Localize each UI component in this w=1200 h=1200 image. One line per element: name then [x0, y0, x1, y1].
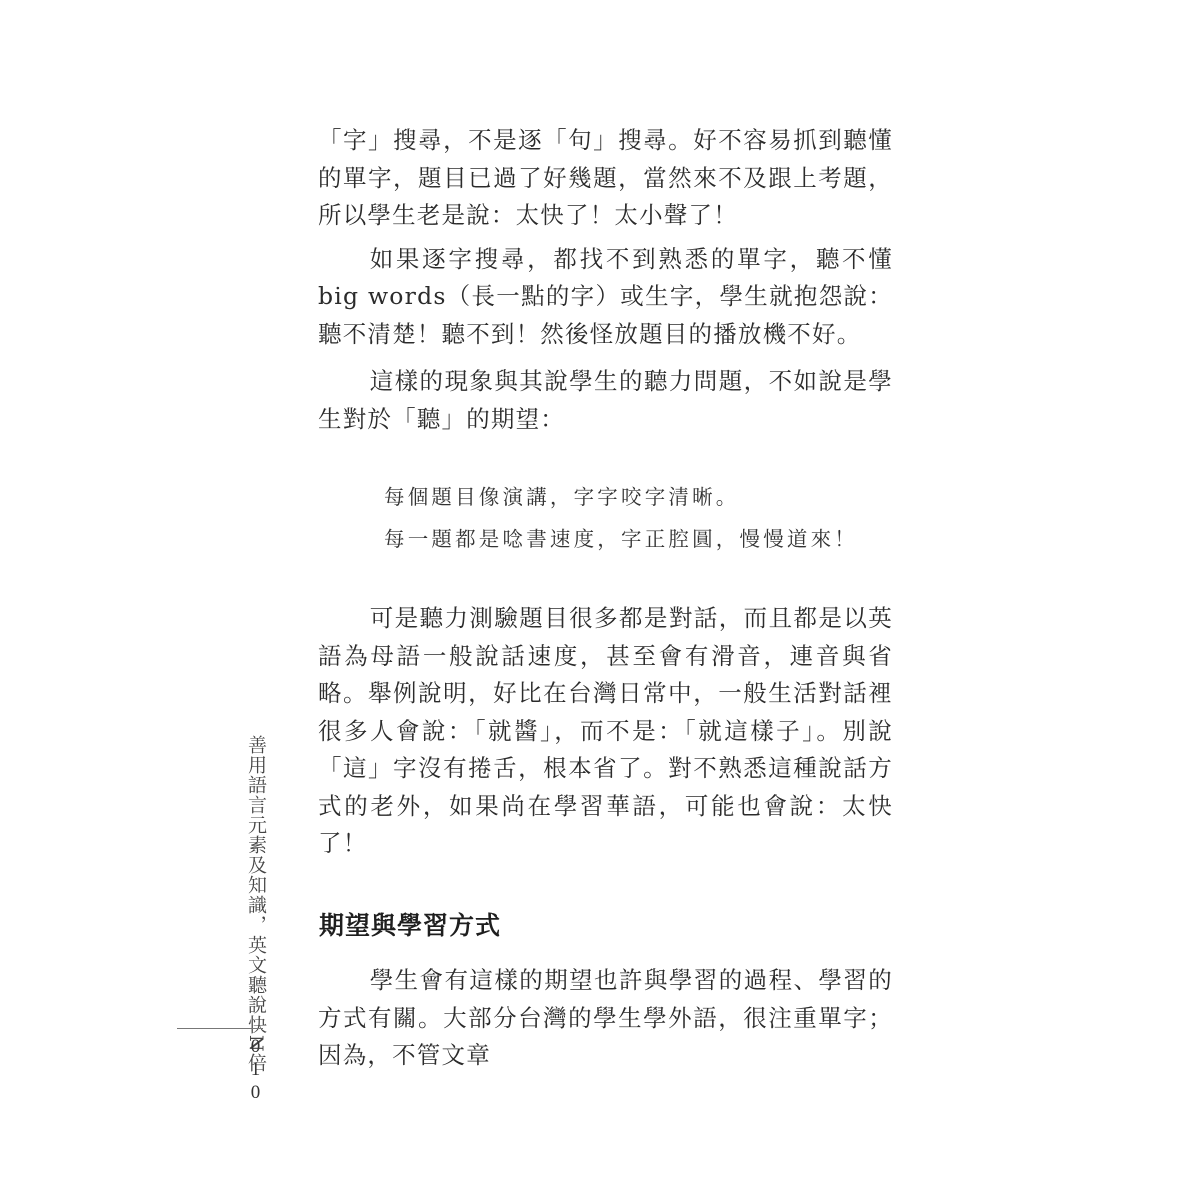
- body-text-middle: 可是聽力測驗題目很多都是對話，而且都是以英語為母語一般說話速度，甚至會有滑音，連…: [318, 600, 893, 863]
- running-head: 善用語言元素及知識，英文聽說快N倍: [243, 735, 267, 1073]
- section-heading: 期望與學習方式: [319, 906, 501, 942]
- body-text-top: 「字」搜尋，不是逐「句」搜尋。好不容易抓到聽懂的單字，題目已過了好幾題，當然來不…: [318, 122, 893, 438]
- running-head-divider: [177, 1028, 263, 1029]
- paragraph: 這樣的現象與其說學生的聽力問題，不如說是學生對於「聽」的期望：: [318, 363, 893, 438]
- paragraph-continued: 「字」搜尋，不是逐「句」搜尋。好不容易抓到聽懂的單字，題目已過了好幾題，當然來不…: [318, 122, 893, 235]
- paragraph: 學生會有這樣的期望也許與學習的過程、學習的方式有關。大部分台灣的學生學外語，很注…: [318, 962, 893, 1075]
- paragraph: 可是聽力測驗題目很多都是對話，而且都是以英語為母語一般說話速度，甚至會有滑音，連…: [318, 600, 893, 863]
- quote-line: 每一題都是唸書速度，字正腔圓，慢慢道來！: [384, 518, 864, 560]
- body-text-bottom: 學生會有這樣的期望也許與學習的過程、學習的方式有關。大部分台灣的學生學外語，很注…: [318, 962, 893, 1075]
- paragraph: 如果逐字搜尋，都找不到熟悉的單字，聽不懂big words（長一點的字）或生字，…: [318, 241, 893, 354]
- book-page: 「字」搜尋，不是逐「句」搜尋。好不容易抓到聽懂的單字，題目已過了好幾題，當然來不…: [0, 0, 1200, 1200]
- quote-line: 每個題目像演講，字字咬字清晰。: [384, 476, 864, 518]
- page-number: 010: [246, 1036, 266, 1105]
- block-quote: 每個題目像演講，字字咬字清晰。 每一題都是唸書速度，字正腔圓，慢慢道來！: [384, 476, 864, 560]
